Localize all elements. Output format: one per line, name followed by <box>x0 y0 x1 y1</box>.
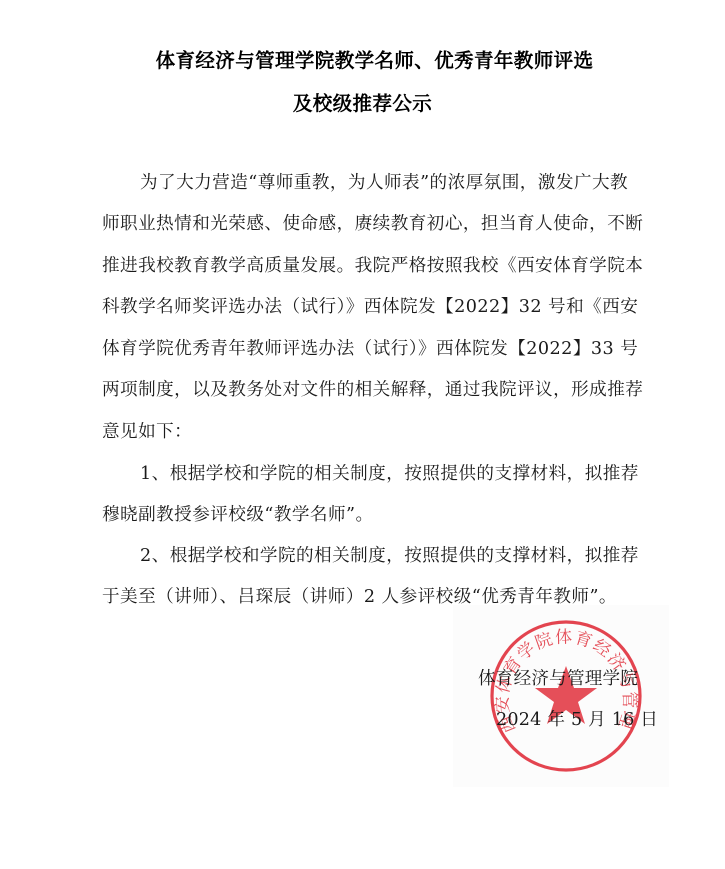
intro-line-3: 推进我校教育教学高质量发展。我院严格按照我校《西安体育学院本 <box>102 254 662 278</box>
item-2-line-1: 2、根据学校和学院的相关制度，按照提供的支撑材料，拟推荐 <box>140 544 700 568</box>
intro-line-1: 为了大力营造“尊师重教，为人师表”的浓厚氛围，激发广大教 <box>140 171 700 195</box>
intro-line-7: 意见如下： <box>102 420 662 444</box>
signature-organization: 体育经济与管理学院 <box>478 667 638 691</box>
item-1-line-1: 1、根据学校和学院的相关制度，按照提供的支撑材料，拟推荐 <box>140 462 700 486</box>
signature-date: 2024 年 5 月 16 日 <box>496 708 658 732</box>
intro-line-2: 师职业热情和光荣感、使命感，赓续教育初心，担当育人使命，不断 <box>102 212 662 236</box>
item-1-line-2: 穆晓副教授参评校级“教学名师”。 <box>102 503 662 527</box>
document-title-line-2: 及校级推荐公示 <box>0 88 725 116</box>
intro-line-6: 两项制度，以及教务处对文件的相关解释，通过我院评议，形成推荐 <box>102 378 662 402</box>
document-title-line-1: 体育经济与管理学院教学名师、优秀青年教师评选 <box>12 45 725 73</box>
document-page: 体育经济与管理学院教学名师、优秀青年教师评选 及校级推荐公示 为了大力营造“尊师… <box>0 0 725 869</box>
intro-line-4: 科教学名师奖评选办法（试行）》西体院发【2022】32 号和《西安 <box>102 295 662 319</box>
intro-line-5: 体育学院优秀青年教师评选办法（试行）》西体院发【2022】33 号 <box>102 337 662 361</box>
official-seal-stamp: 西安体育学院体育经济与管理学院 <box>488 618 644 774</box>
